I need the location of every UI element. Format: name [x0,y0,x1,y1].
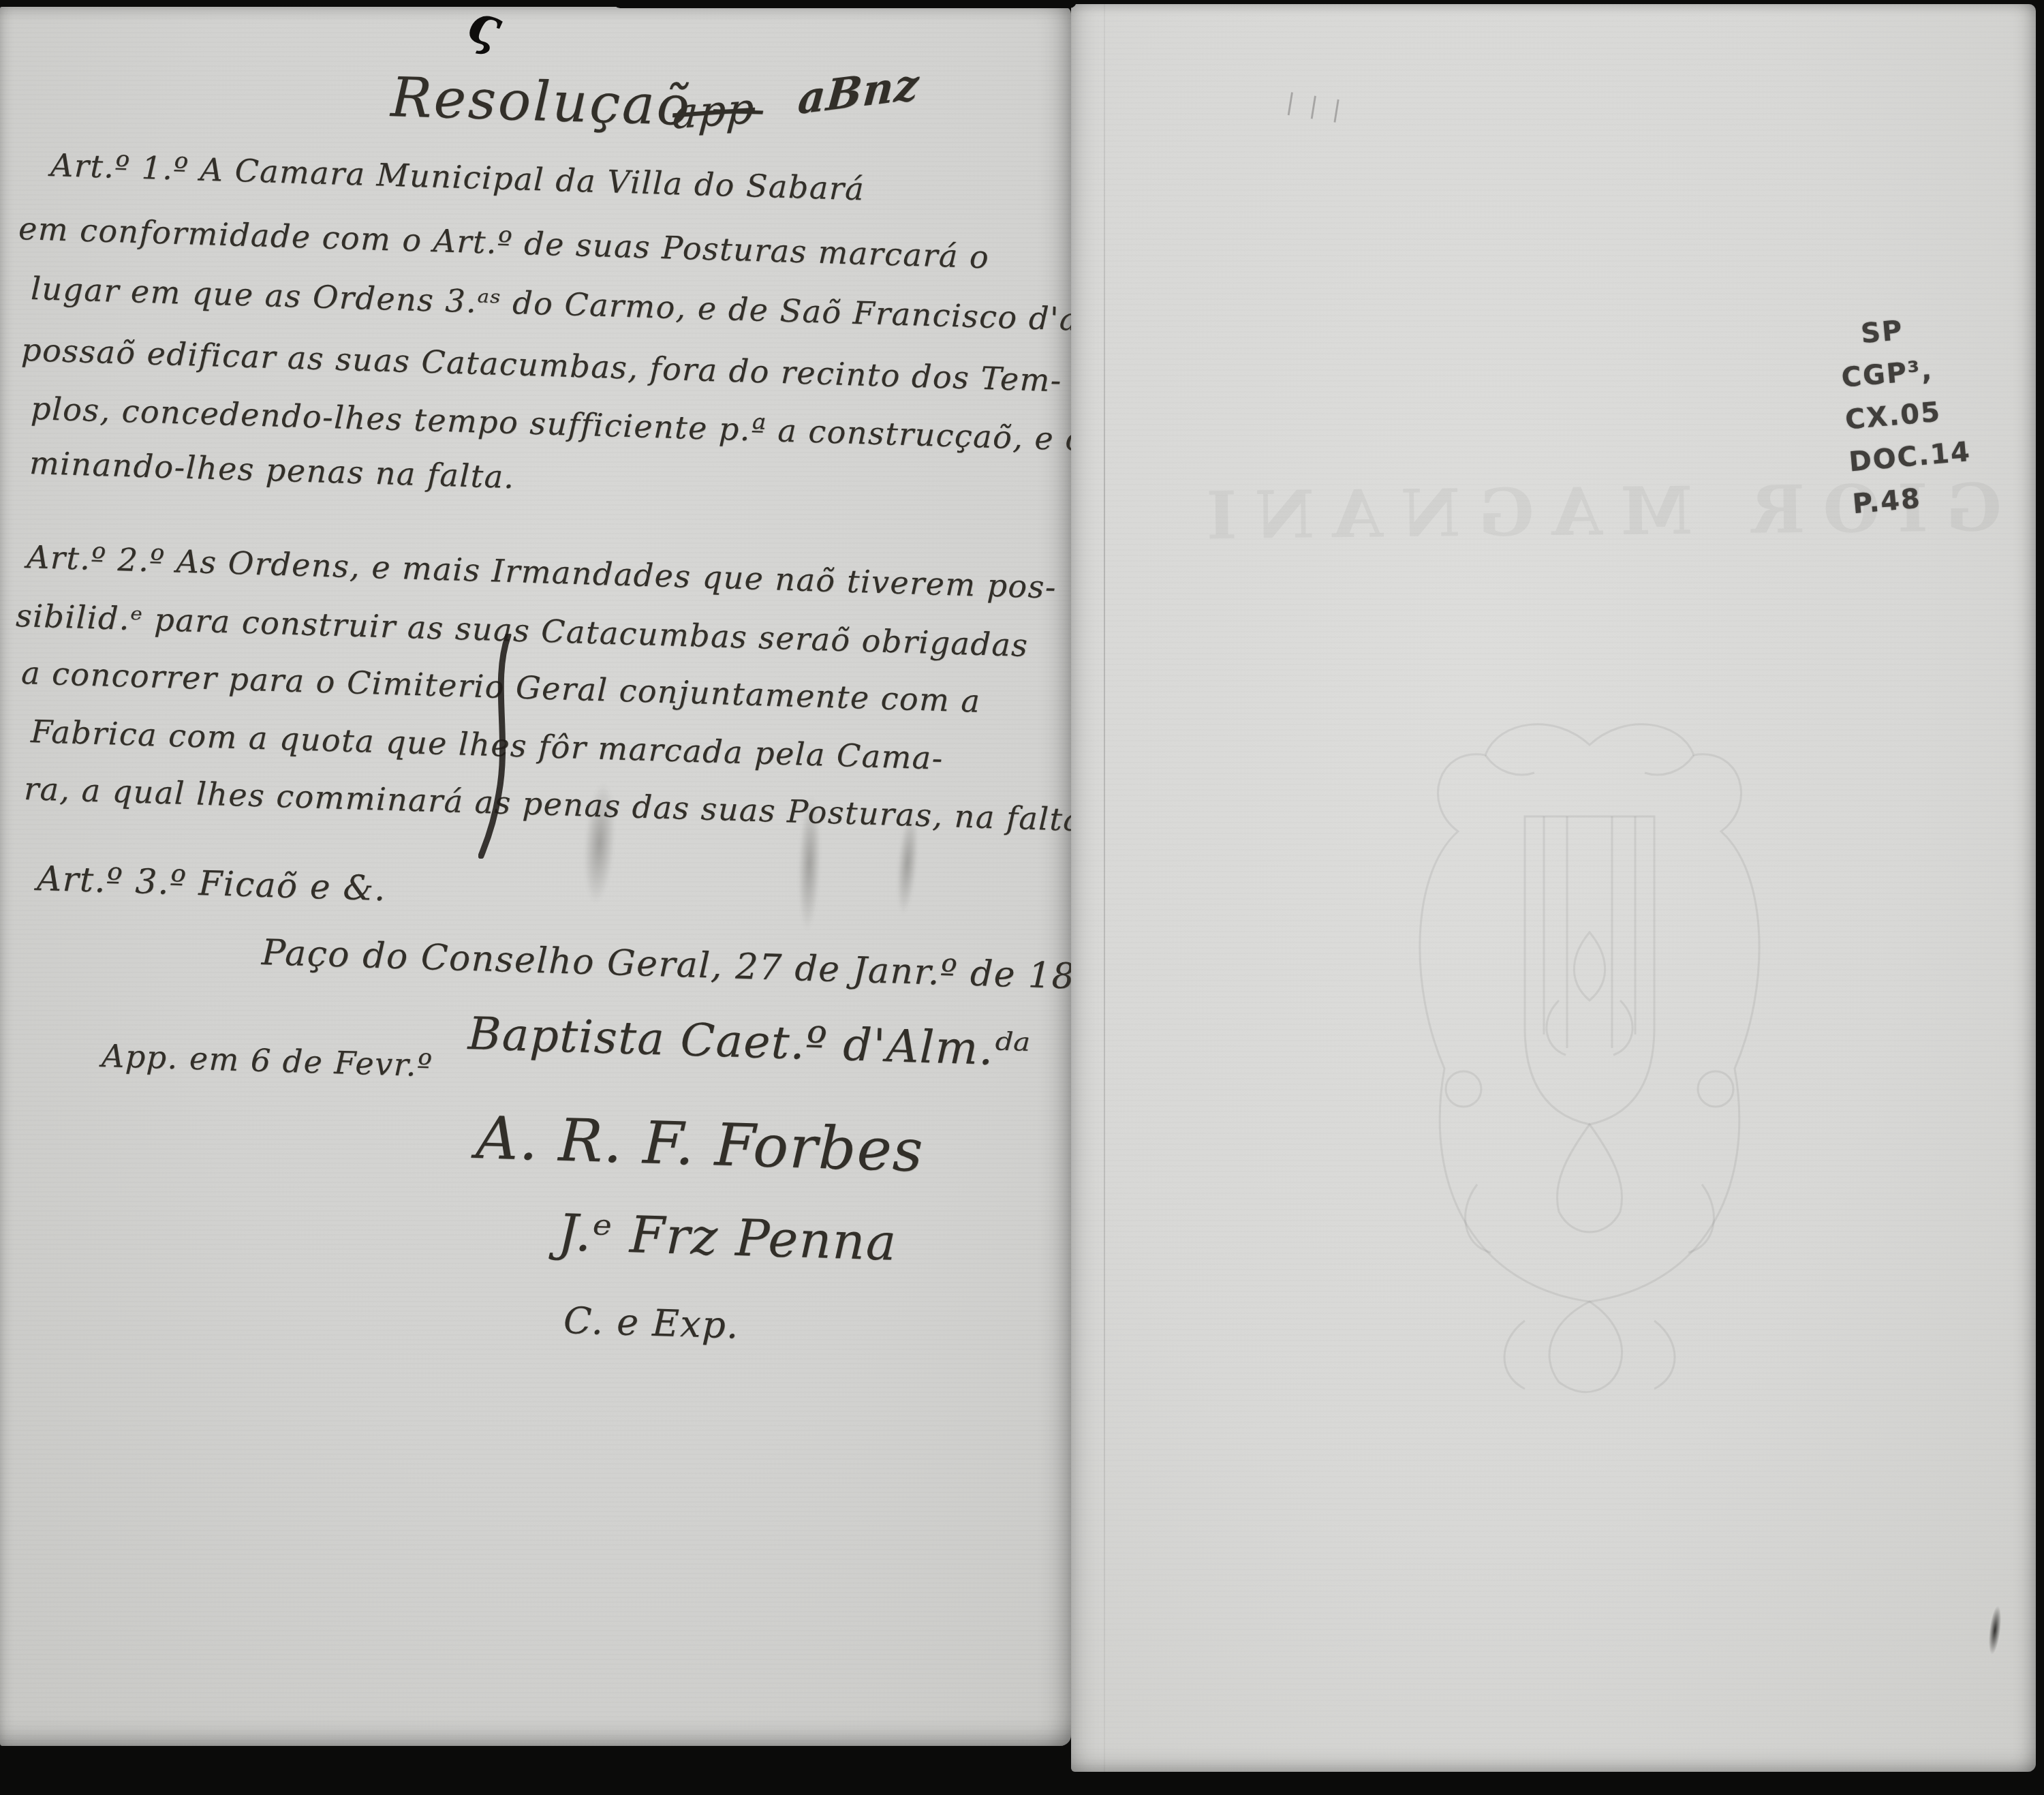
right-page: | | | SP CGP³, CX.05 DOC.14 P.48 GIOR MA… [1071,4,2036,1772]
signature-1: Baptista Caet.º d'Alm.ᵈᵃ [467,1007,1032,1076]
cancelled-annotation: app [671,83,757,139]
signature-2: A. R. F. Forbes [475,1104,925,1185]
article3-line: Art.º 3.º Ficaõ e &. [36,859,386,908]
article1-line-6: minando-lhes penas na falta. [29,444,515,495]
rubric-annotation: aBnz [796,59,921,124]
article1-line-4: possaõ edificar as suas Catacumbas, fora… [20,331,1062,399]
article2-line-1: Art.º 2.º As Ordens, e mais Irmandades q… [26,538,1057,606]
papermaker-watermark-text: GIOR MAGNANI [1224,469,2002,554]
pencil-tick-marks: | | | [1284,89,1346,125]
fold-crease [1104,4,1105,1772]
watermark-crest-emblem [1382,707,1797,1416]
article1-line-3: lugar em que as Ordens 3.ᵃˢ do Carmo, e … [30,270,1161,340]
ink-blot-flourish: ς [462,0,508,59]
approval-note: App. em 6 de Fevr.º [101,1037,433,1084]
left-page: ς Resoluçaõ — app aBnz Art.º 1.º A Camar… [0,7,1071,1746]
ink-smudge [796,796,823,932]
ink-blemish [1987,1605,2004,1655]
article2-line-5: ra, a qual lhes comminará as penas das s… [23,770,1094,839]
article1-line-2: em conformidade com o Art.º de suas Post… [18,210,990,275]
signature-3: J.ᵉ Frz Penna [557,1203,897,1272]
signature-4: C. e Exp. [563,1299,740,1347]
page-top-edge-shadow [613,0,1077,8]
dateline: Paço do Conselho Geral, 27 de Janr.º de … [261,932,1135,999]
article1-line-1: Art.º 1.º A Camara Municipal da Villa do… [50,147,865,207]
heavy-ink-stroke [478,634,526,859]
